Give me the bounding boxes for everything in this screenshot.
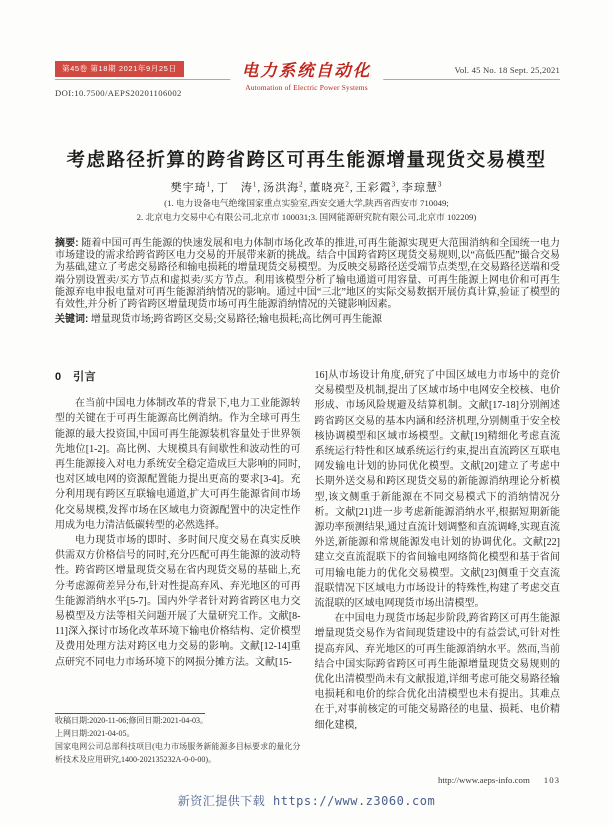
abstract-label: 摘要: (55, 238, 79, 249)
journal-page: 第45卷 第18期 2021年9月25日 DOI:10.7500/AEPS202… (0, 0, 613, 825)
affiliation-line: 2. 北京电力交易中心有限公司,北京市 100031;3. 国网能源研究院有限公… (0, 211, 613, 225)
affiliation-line: (1. 电力设备电气绝缘国家重点实验室,西安交通大学,陕西省西安市 710049… (0, 197, 613, 211)
keywords-text: 增量现货市场;跨省跨区交易;交易路径;输电损耗;高比例可再生能源 (91, 314, 382, 325)
section-heading-introduction: 0 引言 (55, 370, 301, 385)
author-name: 汤洪海2, (263, 182, 307, 194)
paper-title: 考虑路径折算的跨省跨区可再生能源增量现货交易模型 (30, 146, 583, 172)
journal-logo: 电力系统自动化 Automation of Electric Power Sys… (230, 57, 384, 92)
journal-url-link[interactable]: http://www.aeps-info.com (438, 775, 530, 785)
journal-name-cn: 电力系统自动化 (242, 57, 372, 81)
issue-badge: 第45卷 第18期 2021年9月25日 (55, 61, 184, 77)
keywords-label: 关键词: (55, 314, 88, 325)
abstract-text: 随着中国可再生能源的快速发展和电力体制市场化改革的推进,可再生能源实现更大范围消… (55, 238, 560, 310)
left-column: 0 引言 在当前中国电力体制改革的背景下,电力工业能源转型的关键在于可再生能源高… (55, 368, 301, 766)
journal-name-en: Automation of Electric Power Systems (242, 83, 372, 92)
affiliations: (1. 电力设备电气绝缘国家重点实验室,西安交通大学,陕西省西安市 710049… (0, 197, 613, 224)
authors-line: 樊宇琦1,丁 涛1,汤洪海2,董晓亮2,王彩霞3,李琼慧3 (0, 179, 613, 195)
doi-text: DOI:10.7500/AEPS20201106002 (55, 88, 182, 98)
footnote-line: 收稿日期:2020-11-06;修回日期:2021-04-03。 (55, 714, 301, 727)
right-column-text: 16]从市场设计角度,研究了中国区域电力市场中的竞价交易模型及机制,提出了区域市… (315, 368, 561, 733)
author-name: 樊宇琦1, (171, 182, 215, 194)
abstract-block: 摘要: 随着中国可再生能源的快速发展和电力体制市场化改革的推进,可再生能源实现更… (55, 238, 560, 326)
footnote-block: 收稿日期:2020-11-06;修回日期:2021-04-03。上网日期:202… (55, 713, 301, 766)
abstract-paragraph: 摘要: 随着中国可再生能源的快速发展和电力体制市场化改革的推进,可再生能源实现更… (55, 238, 560, 311)
author-name: 董晓亮2, (309, 182, 353, 194)
paragraph: 16]从市场设计角度,研究了中国区域电力市场中的竞价交易模型及机制,提出了区域市… (315, 368, 561, 611)
keywords-line: 关键词: 增量现货市场;跨省跨区交易;交易路径;输电损耗;高比例可再生能源 (55, 314, 560, 326)
paragraph: 在当前中国电力体制改革的背景下,电力工业能源转型的关键在于可再生能源高比例消纳。… (55, 396, 301, 533)
download-watermark-link[interactable]: 新资汇提供下载 https://www.z3060.com (0, 792, 613, 809)
left-column-text: 在当前中国电力体制改革的背景下,电力工业能源转型的关键在于可再生能源高比例消纳。… (55, 396, 301, 670)
author-name: 李琼慧3 (402, 182, 443, 194)
page-number: 103 (544, 775, 560, 785)
right-column: 16]从市场设计角度,研究了中国区域电力市场中的竞价交易模型及机制,提出了区域市… (315, 368, 561, 766)
paragraph: 电力现货市场的即时、多时间尺度交易在真实反映供需双方价格信号的同时,充分匹配可再… (55, 533, 301, 670)
author-name: 丁 涛1, (217, 182, 261, 194)
footnote-lines: 收稿日期:2020-11-06;修回日期:2021-04-03。上网日期:202… (55, 714, 301, 766)
paragraph: 在中国电力现货市场起步阶段,跨省跨区可再生能源增量现货交易作为省间现货建设中的有… (315, 611, 561, 733)
body-columns: 0 引言 在当前中国电力体制改革的背景下,电力工业能源转型的关键在于可再生能源高… (55, 368, 560, 766)
author-name: 王彩霞3, (356, 182, 400, 194)
issue-info-en: Vol. 45 No. 18 Sept. 25,2021 (455, 65, 560, 75)
footnote-line: 上网日期:2021-04-05。 (55, 727, 301, 740)
footnote-line: 国家电网公司总部科技项目(电力市场服务新能源多目标要求的量化分析技术及应用研究,… (55, 740, 301, 766)
page-footer: http://www.aeps-info.com103 (438, 775, 560, 785)
